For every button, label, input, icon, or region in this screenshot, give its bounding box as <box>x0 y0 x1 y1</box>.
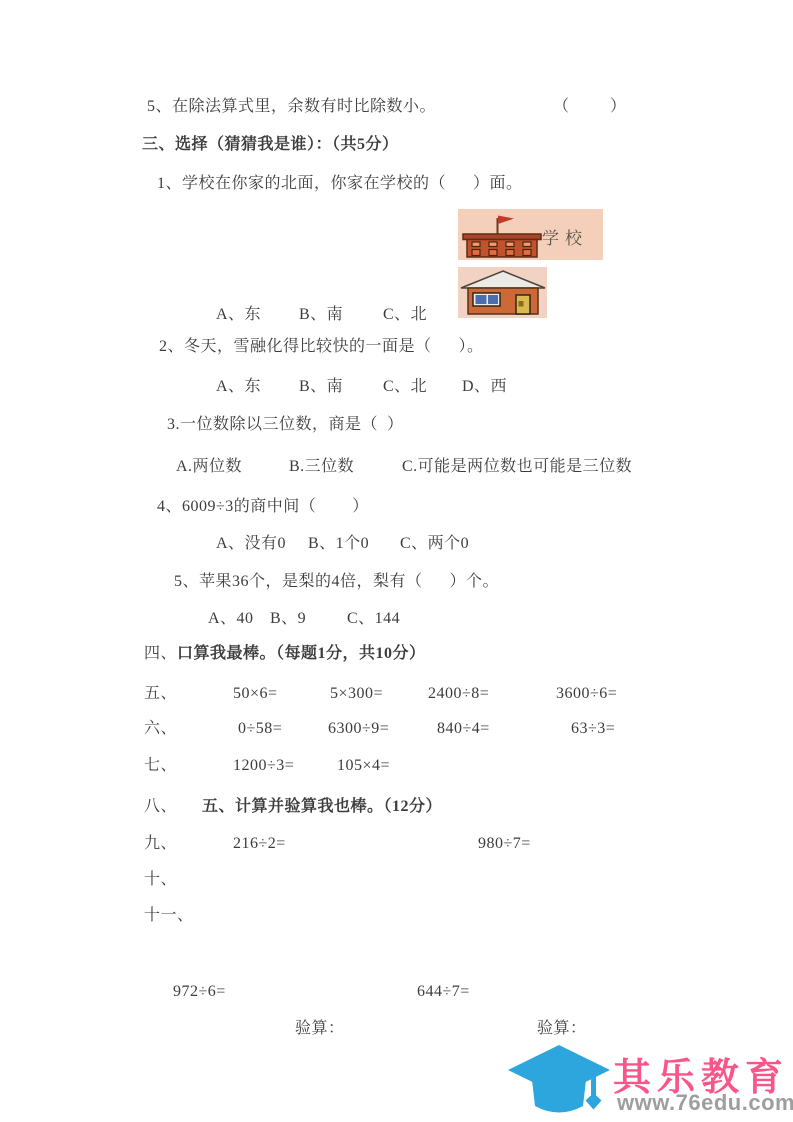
oral-row1-item3: 2400÷8= <box>428 684 489 704</box>
choice-q1-option-b: B、南 <box>299 305 343 325</box>
oral-row3-label: 七、 <box>144 756 177 776</box>
oral-row2-item3: 840÷4= <box>437 719 490 739</box>
school-illustration: 学校 <box>458 209 603 260</box>
oral-row2-item2: 6300÷9= <box>328 719 389 739</box>
oral-row1-item4: 3600÷6= <box>556 684 617 704</box>
judge-item-5: 5、在除法算式里，余数有时比除数小。 <box>147 97 436 117</box>
judge-item-5-answer-brackets: （ ） <box>553 97 627 117</box>
choice-q5-text: 5、苹果36个，是梨的4倍，梨有（ ）个。 <box>174 572 499 592</box>
oral-row3-item2: 105×4= <box>337 756 390 776</box>
calc-section-number: 八、 <box>144 797 177 817</box>
choice-q1-text: 1、学校在你家的北面，你家在学校的（ ）面。 <box>157 174 523 194</box>
school-caption: 学校 <box>542 224 588 249</box>
check-label-1: 验算： <box>295 1019 345 1039</box>
choice-q3-text: 3.一位数除以三位数，商是（ ） <box>167 415 404 435</box>
calc-row1-label: 九、 <box>144 834 177 854</box>
brand-website: www.76edu.com <box>617 1090 793 1116</box>
calc-row3-label: 十一、 <box>144 906 194 926</box>
choice-q3-option-a: A.两位数 <box>176 457 242 477</box>
calc-row1-item1: 216÷2= <box>233 834 286 854</box>
house-illustration <box>458 267 547 318</box>
choice-q2-option-b: B、南 <box>299 377 343 397</box>
choice-q4-option-a: A、没有0 <box>216 534 286 554</box>
house-image <box>458 267 547 318</box>
choice-q3-option-b: B.三位数 <box>289 457 354 477</box>
choice-q4-option-b: B、1个0 <box>308 534 369 554</box>
oral-row3-item1: 1200÷3= <box>233 756 294 776</box>
choice-q2-text: 2、冬天，雪融化得比较快的一面是（ ）。 <box>159 337 484 357</box>
choice-q1-option-c: C、北 <box>383 305 427 325</box>
choice-q2-option-d: D、西 <box>462 377 507 397</box>
calc-row4-item1: 972÷6= <box>173 982 226 1002</box>
choice-q4-text: 4、6009÷3的商中间（ ） <box>157 497 369 517</box>
choice-q4-option-c: C、两个0 <box>400 534 469 554</box>
calc-row4-item2: 644÷7= <box>417 982 470 1002</box>
calc-section-heading: 五、计算并验算我也棒。（12分） <box>202 797 442 817</box>
oral-row1-label: 五、 <box>144 684 177 704</box>
oral-row2-item4: 63÷3= <box>571 719 615 739</box>
worksheet-page: 5、在除法算式里，余数有时比除数小。 （ ） 三、选择（猜猜我是谁）：（共5分）… <box>0 0 793 1122</box>
choice-section-heading: 三、选择（猜猜我是谁）：（共5分） <box>142 135 399 155</box>
choice-q5-option-b: B、9 <box>270 609 306 629</box>
footer-logo <box>506 1044 612 1120</box>
oral-row1-item2: 5×300= <box>330 684 383 704</box>
choice-q3-option-c: C.可能是两位数也可能是三位数 <box>402 457 632 477</box>
choice-q2-option-a: A、东 <box>216 377 261 397</box>
choice-q1-option-a: A、东 <box>216 305 261 325</box>
check-label-2: 验算： <box>537 1019 587 1039</box>
choice-q5-option-c: C、144 <box>347 609 400 629</box>
calc-row1-item2: 980÷7= <box>478 834 531 854</box>
oral-row1-item1: 50×6= <box>233 684 278 704</box>
oral-row2-label: 六、 <box>144 719 177 739</box>
oral-row2-item1: 0÷58= <box>238 719 282 739</box>
graduation-cap-icon <box>506 1044 612 1120</box>
calc-row2-label: 十、 <box>144 870 177 890</box>
oral-section-heading: 口算我最棒。（每题1分，共10分） <box>177 644 426 664</box>
oral-section-number: 四、 <box>144 644 177 664</box>
choice-q2-option-c: C、北 <box>383 377 427 397</box>
choice-q5-option-a: A、40 <box>208 609 254 629</box>
